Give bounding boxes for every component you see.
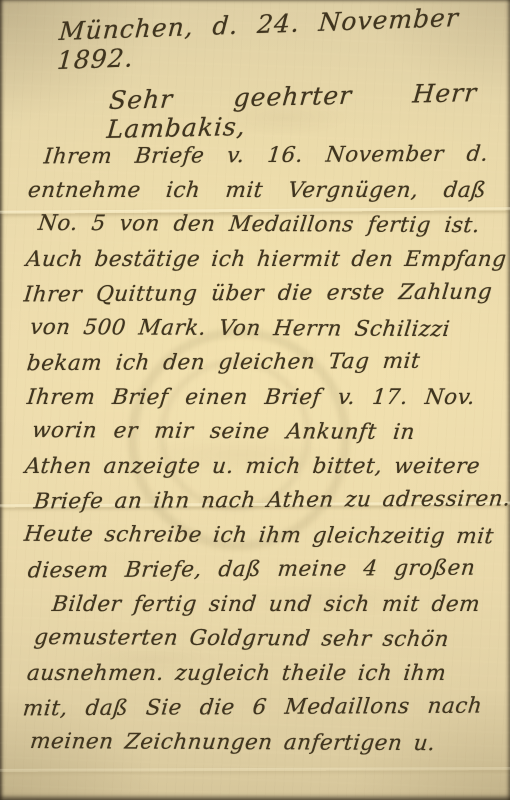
letter-line: diesem Briefe, daß meine 4 großen	[26, 552, 477, 589]
letter-line: mit, daß Sie die 6 Medaillons nach	[21, 690, 484, 727]
letter-line: worin er mir seine Ankunft in	[30, 414, 417, 451]
salutation: Sehr geehrter Herr Lambakis,	[106, 78, 479, 144]
letter-line: von 500 Mark. Von Herrn Schilizzi	[28, 310, 452, 347]
letter-line: Ihrer Quittung über die erste Zahlung	[22, 276, 494, 313]
letter-line: Ihrem Brief einen Brief v. 17. Nov.	[25, 381, 477, 416]
letter-line: No. 5 von den Medaillons fertig ist.	[36, 207, 482, 244]
letter-line: Athen anzeigte u. mich bittet, weitere	[23, 450, 482, 485]
letter-line: entnehme ich mit Vergnügen, daß	[26, 174, 488, 209]
handwriting-layer: München, d. 24. November 1892. Sehr geeh…	[0, 0, 510, 800]
letter-line: Briefe an ihn nach Athen zu adressiren.	[32, 483, 490, 520]
letter-line: bekam ich den gleichen Tag mit	[25, 345, 422, 382]
letter-line: ausnehmen. zugleich theile ich ihm	[25, 657, 442, 692]
letter-line: meinen Zeichnungen anfertigen u.	[28, 724, 422, 761]
letter-line: Bilder fertig sind und sich mit dem	[50, 588, 482, 623]
dateline: München, d. 24. November 1892.	[56, 3, 460, 75]
letter-line: gemusterten Goldgrund sehr schön	[32, 621, 432, 658]
letter-body: Ihrem Briefe v. 16. November d. entnehme…	[0, 139, 510, 760]
scanned-letter-page: München, d. 24. November 1892. Sehr geeh…	[0, 0, 510, 800]
letter-line: Auch bestätige ich hiermit den Empfang	[24, 243, 492, 278]
letter-line: Ihrem Briefe v. 16. November d.	[42, 138, 490, 175]
letter-line: Heute schreibe ich ihm gleichzeitig mit	[22, 517, 486, 554]
